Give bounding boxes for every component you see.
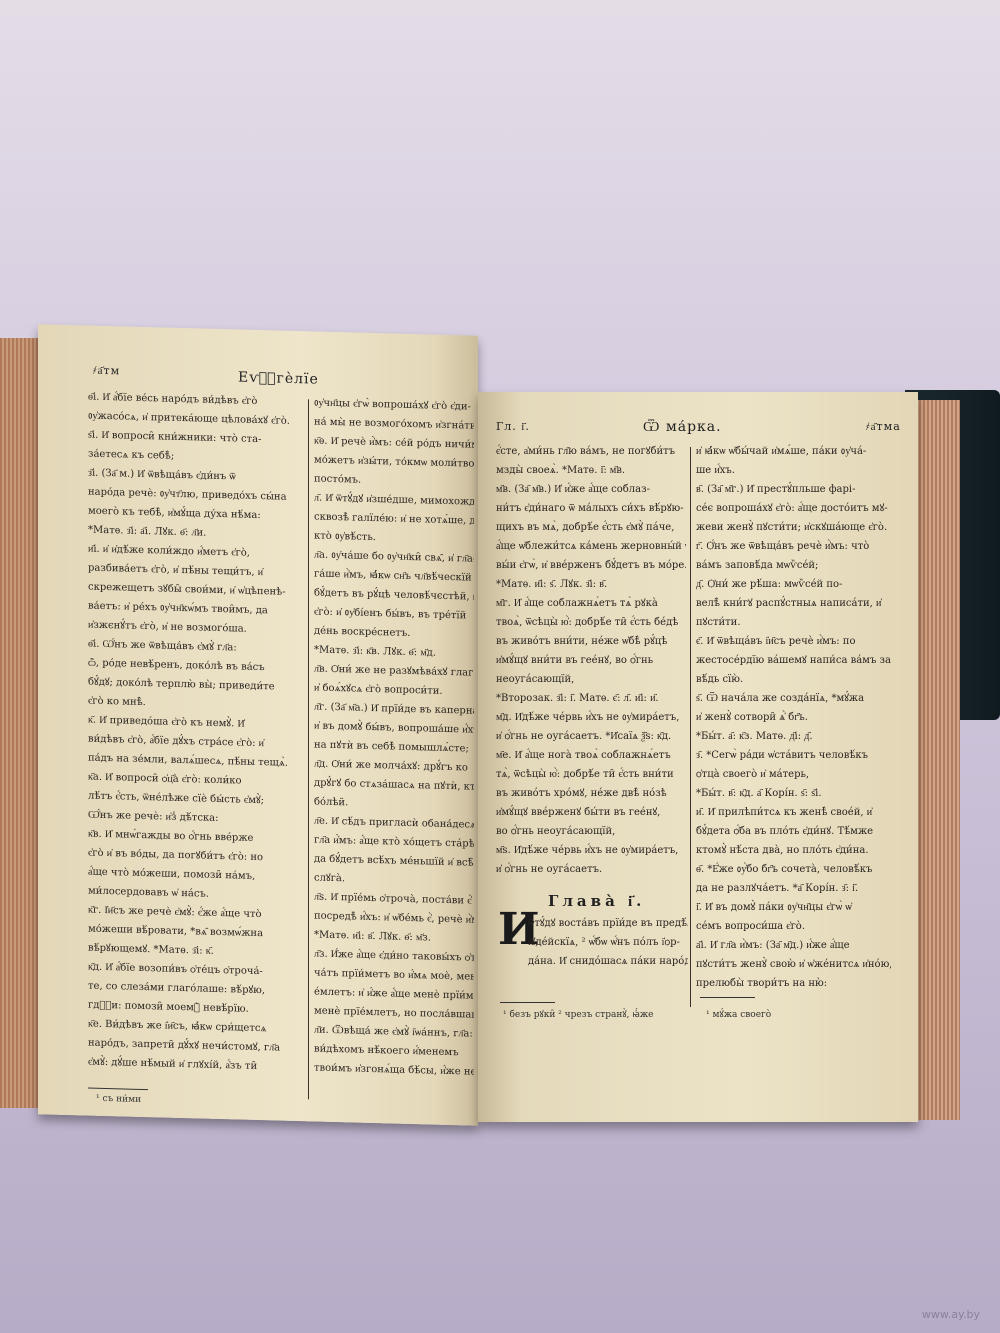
text-line: є҃. И҆ ѿвѣща́въ і҆и҃съ речѐ и҆̀мъ: по <box>696 632 891 651</box>
text-line: и҆ ꙗ҆́кѡ ѡ҆бы́чай и҆мѧ́ше, па́ки ᲂу҆ча́- <box>696 442 891 461</box>
text-line: ѻ҆тца̀ своего̀ и҆ ма́терь, <box>696 765 891 784</box>
text-line: и҃. И҆ прилѣпи́тсѧ къ женѣ̀ свое́й, и҆ <box>696 803 891 822</box>
text-line: і҆ꙋде́йскїѧ, ² ѡ҆́бѡ ѡ҆́нъ по́лъ і҆ѻр- <box>528 933 688 952</box>
text-line: а҃і. И҆ гл҃а и҆̀мъ: (За҃ м҃д.) и҆́же а҆́… <box>696 936 891 955</box>
text-line: и҆ ѻ҆́гнь не оуга́саетъ. <box>496 860 686 879</box>
text-line: вѣ́дь сїю̀. <box>696 670 891 689</box>
watermark: www.ay.by <box>922 1308 980 1321</box>
folio-left: ҂а҃тм <box>93 364 120 378</box>
text-line: *Бы́т. в҃: к҃д. а҃ Корі́н. ѕ҃: ѕ҃і. <box>696 784 891 803</box>
text-line: бꙋ́дета ѻ҆́ба въ пло́ть є҆ди́нꙋ. Тѣ́мже <box>696 822 891 841</box>
text-line: въ живо́тъ вни́ти, не́же ѡ҆бѣ̀ рꙋ́цѣ <box>496 632 686 651</box>
column-divider <box>308 399 309 1099</box>
text-line: и҆ женꙋ̀ сотвори̑ ѧ҆̀ бг҃ъ. <box>696 708 891 727</box>
text-line: *Второзак. з҃і: і҃. Матѳ. є҃: л҃. и҃і: и… <box>496 689 686 708</box>
text-line: пꙋсти́ти. <box>696 613 891 632</box>
footnote-rule <box>500 1002 555 1003</box>
text-line: в҃. (За҃ м҃г.) И҆ престꙋ́пльше фарі- <box>696 480 891 499</box>
text-line: твоѧ̀, ѿсѣцы̀ ю҆̀: добрѣ́е ти̑ є҆́сть бе… <box>496 613 686 632</box>
footnote-right-1: ¹ безъ рꙋки̑ ² чрезъ странꙋ̀, ꙗ҆́же <box>503 1007 653 1020</box>
right-column-2: и҆ ꙗ҆́кѡ ѡ҆бы́чай и҆мѧ́ше, па́ки ᲂу҆ча́-… <box>696 442 891 993</box>
text-line: з҃. *Сегѡ̀ ра́ди ѡ҆ста́витъ человѣ́къ <box>696 746 891 765</box>
text-line: се́є вопроша́хꙋ є҆го̀: а҆́ще досто́итъ м… <box>696 499 891 518</box>
text-line: въ живо́тъ хро́мꙋ, не́же двѣ̀ но́зѣ <box>496 784 686 803</box>
text-line: и҆мꙋ́щꙋ вве́рженꙋ бы́ти въ гее́нꙋ, <box>496 803 686 822</box>
text-line: г҃. Ѻ҆́нъ же ѿвѣща́въ речѐ и҆̀мъ: что̀ <box>696 537 891 556</box>
text-line: пꙋсти́тъ женꙋ̀ свою̀ и҆ ѡ҆же́нитсѧ и҆но́… <box>696 955 891 974</box>
text-line: жестосе́рдїю ва́шемꙋ напи́са ва́мъ запо- <box>696 651 891 670</box>
text-line: м҃г. И҆ а҆́ще соблажнѧ́етъ тѧ̀ рꙋка̀ <box>496 594 686 613</box>
text-line: є҆́сте, а҆ми́нь гл҃ю ва́мъ, не погꙋби́тъ <box>496 442 686 461</box>
text-line: ѕ҃. Ѿ нача́ла же созда́нїѧ, *мꙋ́жа <box>696 689 891 708</box>
text-line: *Бы́т. а҃: к҃з. Матѳ. д҃і: д҃. <box>696 727 891 746</box>
text-line: і҃. И҆ въ домꙋ̀ па́ки ᲂу҆чн҃цы є҆гѡ̀ ѡ҆ <box>696 898 891 917</box>
chapter-title: Глава̀ і҃. <box>548 892 645 911</box>
column-divider <box>690 447 691 1007</box>
running-head-left: Еѵⷢ҇гѐлїе <box>238 369 319 387</box>
text-line: ни́тъ є҆ди́наго ѿ ма́лыхъ си́хъ вѣ́рꙋю- <box>496 499 686 518</box>
left-column-1: ѳ҃і. И҆ а҆́бїе ве́сь наро́дъ ви́дѣвъ є҆г… <box>88 388 303 1078</box>
text-line: м҃е. И҆ а҆́ще нога̀ твоѧ̀ соблажнѧ́етъ <box>496 746 686 765</box>
text-line: мзды̀ своеѧ̀. *Матѳ. і҃: м҃в. <box>496 461 686 480</box>
page-edges-right <box>915 400 960 1120</box>
text-line: ѳ҃. *Е҆́же ᲂу҆̀бо бг҃ъ сочета̀, человѣ́к… <box>696 860 891 879</box>
right-column-1: є҆́сте, а҆ми́нь гл҃ю ва́мъ, не погꙋби́тъ… <box>496 442 686 879</box>
text-line: ше и҆́хъ. <box>696 461 891 480</box>
text-line: вы́и є҆гѡ̀, и҆ вве́рженъ бꙋ́детъ въ мо́р… <box>496 556 686 575</box>
text-line: жеви женꙋ̀ пꙋсти́ти; и҆скꙋша́юще є҆го̀. <box>696 518 891 537</box>
left-page: ҂а҃тм Еѵⷢ҇гѐлїе ѳ҃і. И҆ а҆́бїе ве́сь нар… <box>38 324 478 1126</box>
text-line: да не разлꙋча́етъ. *а҃ Корі́н. з҃: і҃. <box>696 879 891 898</box>
text-line: прелюбы̀ твори́тъ на ню̀: <box>696 974 891 993</box>
text-line: тѧ̀, ѿсѣцы̀ ю҆̀: добрѣ́е ти̑ є҆́сть вни́… <box>496 765 686 784</box>
footnote-rule <box>700 997 755 998</box>
text-line: и҆ ѻ҆́гнь не оуга́саетъ. *И҆саїѧ ѯ҃ѕ: к҃… <box>496 727 686 746</box>
running-head-right: Ѿ ма́рка. <box>643 419 722 436</box>
text-line: ва́мъ заповѣ́да мѡѷсе́й; <box>696 556 891 575</box>
open-book: ҂а҃тм Еѵⷢ҇гѐлїе ѳ҃і. И҆ а҆́бїе ве́сь нар… <box>0 330 1000 1120</box>
text-line: се́мъ вопроси́ша є҆го̀. <box>696 917 891 936</box>
text-line: во ѻ҆́гнь неоуга́сающїй, <box>496 822 686 841</box>
footnote-left: ¹ съ ни́ми <box>96 1094 141 1105</box>
folio-right: ҂а҃тма <box>866 420 901 433</box>
footnote-rule <box>88 1088 148 1091</box>
text-line: ктомꙋ̀ нѣ́ста два̀, но пло́ть є҆ди́на. <box>696 841 891 860</box>
text-line: да́на. И҆ снидо́шасѧ па́ки наро́ди къ <box>528 952 688 971</box>
text-line: *Матѳ. и҃і: ѕ҃. Лꙋк. з҃і: в҃. <box>496 575 686 594</box>
text-line: а҆́ще ѡ҆блежи́тсѧ ка́мень жерновны́й ѡ҆ <box>496 537 686 556</box>
text-line: неоуга́сающїй, <box>496 670 686 689</box>
right-page: Гл. і҃. Ѿ ма́рка. ҂а҃тма є҆́сте, а҆ми́нь… <box>478 392 918 1122</box>
text-line: м҃д. И҆дѣ́же че́рвь и҆́хъ не ᲂу҆мира́етъ… <box>496 708 686 727</box>
text-line: м҃в. (За҃ м҃в.) И҆ и҆́же а҆́ще соблаз- <box>496 480 686 499</box>
text-line: ѿтꙋ́дꙋ воста́въ прїи́де въ предѣ́лы <box>528 914 688 933</box>
chapter-ref: Гл. і҃. <box>496 420 530 433</box>
text-line: велѣ̀ кни́гꙋ распꙋ́стныѧ написа́ти, и҆ <box>696 594 891 613</box>
chapter-text: ѿтꙋ́дꙋ воста́въ прїи́де въ предѣ́лыі҆ꙋде… <box>528 914 688 971</box>
text-line: твои́мъ и҆згонѧ́ща бѣ́сы, и҆́же не хо- <box>314 1058 474 1081</box>
text-line: и҆мꙋ́щꙋ вни́ти въ гее́нꙋ, во ѻ҆́гнь <box>496 651 686 670</box>
left-column-2: ᲂу҆чн҃цы є҆гѡ̀ вопроша́хꙋ є҆го̀ є҆ди-на́… <box>314 393 474 1081</box>
text-line: д҃. Ѻ҆ни́ же рѣ́ша: мѡѷсе́й по- <box>696 575 891 594</box>
text-line: щихъ въ мѧ̀, добрѣ́е є҆́сть є҆мꙋ̀ па́че, <box>496 518 686 537</box>
text-line: м҃ѕ. И҆дѣ́же че́рвь и҆́хъ не ᲂу҆мира́етъ… <box>496 841 686 860</box>
footnote-right-2: ¹ мꙋ́жа своего̀ <box>706 1007 771 1020</box>
